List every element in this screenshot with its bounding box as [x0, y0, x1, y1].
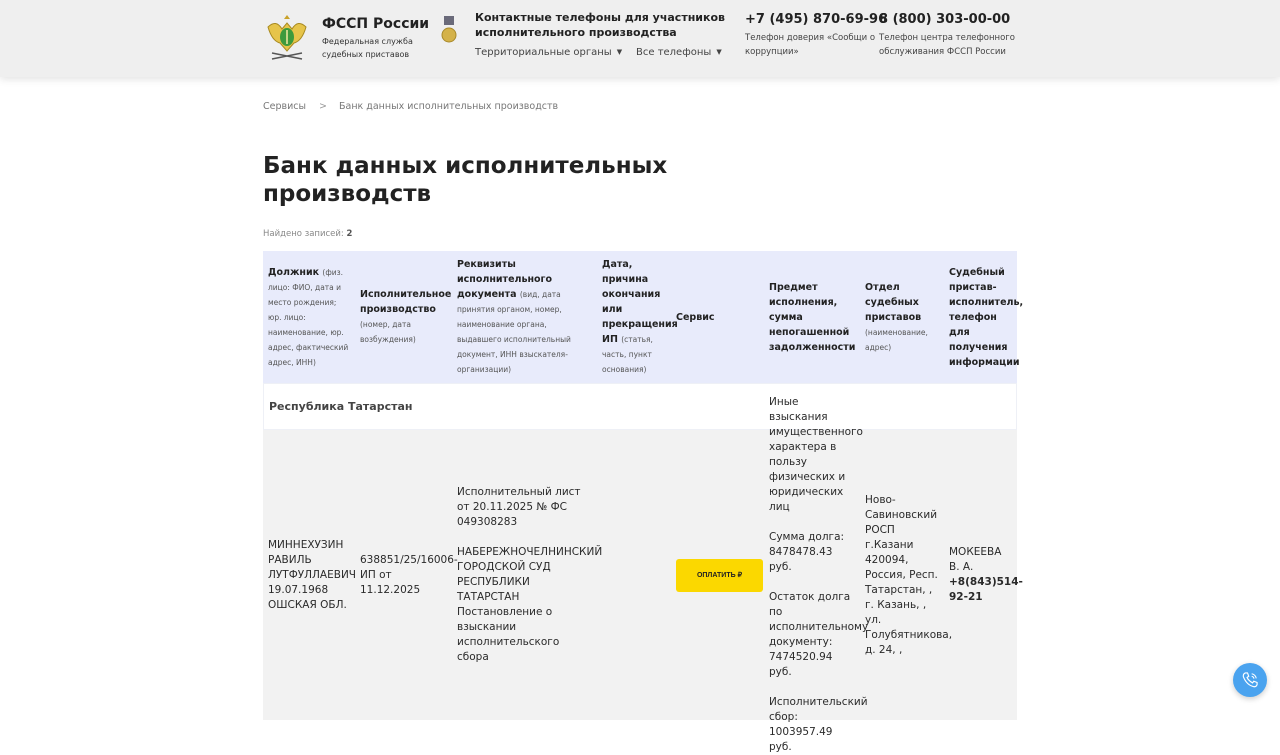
- breadcrumb: Сервисы>Банк данных исполнительных произ…: [263, 101, 558, 112]
- call-button[interactable]: [1233, 663, 1267, 697]
- breadcrumb-services[interactable]: Сервисы: [263, 101, 306, 112]
- trust-phone-caption: Телефон доверия «Сообщи о коррупции»: [745, 31, 895, 59]
- site-header: ФССП России Федеральная служба судебных …: [0, 0, 1280, 77]
- breadcrumb-current: Банк данных исполнительных производств: [339, 101, 558, 112]
- column-note: (номер, дата возбуждения): [360, 320, 416, 344]
- document-details: Исполнительный лист от 20.11.2025 № ФС 0…: [457, 485, 592, 530]
- records-found: Найдено записей: 2: [263, 229, 352, 239]
- column-title: Должник: [268, 267, 319, 278]
- cell-document: Исполнительный лист от 20.11.2025 № ФС 0…: [452, 485, 597, 665]
- cell-bailiff: МОКЕЕВА В. А. +8(843)514-92-21: [944, 545, 1017, 605]
- subject-type: Иные взыскания имущественного характера …: [769, 395, 855, 515]
- nav-all-phones[interactable]: Все телефоны▼: [636, 47, 722, 58]
- column-proceeding: Исполнительное производство (номер, дата…: [355, 287, 452, 347]
- nav-label: Все телефоны: [636, 47, 711, 58]
- column-service: Сервис: [671, 310, 764, 325]
- cell-subject: Иные взыскания имущественного характера …: [764, 395, 860, 710]
- cell-proceeding: 638851/25/16006-ИП от 11.12.2025: [355, 553, 452, 598]
- service-center-phone-caption: Телефон центра телефонного обслуживания …: [879, 31, 1029, 59]
- results-table: Должник (физ. лицо: ФИО, дата и место ро…: [263, 251, 1017, 710]
- column-debtor: Должник (физ. лицо: ФИО, дата и место ро…: [263, 265, 355, 370]
- bailiff-phone[interactable]: +8(843)514-92-21: [949, 575, 1012, 605]
- phone-call-icon: [1240, 670, 1260, 690]
- column-end-reason: Дата, причина окончания или прекращения …: [597, 257, 671, 377]
- page-title: Банк данных исполнительных производств: [263, 152, 683, 208]
- nav-territorial-bodies[interactable]: Территориальные органы▼: [475, 47, 622, 58]
- breadcrumb-separator: >: [319, 101, 327, 112]
- cell-department: Ново-Савиновский РОСП г.Казани 420094, Р…: [860, 493, 944, 658]
- medal-icon: [441, 16, 457, 44]
- enforcement-fee: Исполнительский сбор: 1003957.49 руб.: [769, 695, 855, 710]
- trust-phone-number[interactable]: +7 (495) 870-69-96: [745, 12, 887, 27]
- debt-remainder: Остаток долга по исполнительному докумен…: [769, 590, 855, 680]
- bailiff-name: МОКЕЕВА В. А.: [949, 545, 1012, 575]
- column-note: (наименование, адрес): [865, 328, 928, 352]
- column-title: Сервис: [676, 312, 715, 323]
- brand-title[interactable]: ФССП России: [322, 16, 429, 32]
- records-found-label: Найдено записей:: [263, 229, 344, 239]
- column-title: Судебный пристав-исполнитель, телефон дл…: [949, 267, 1023, 368]
- pay-button[interactable]: ОПЛАТИТЬ ₽: [676, 559, 763, 592]
- debt-amount: Сумма долга: 8478478.43 руб.: [769, 530, 855, 575]
- service-center-phone-number[interactable]: 8 (800) 303-00-00: [879, 12, 1010, 27]
- column-title: Исполнительное производство: [360, 289, 451, 315]
- table-row: МИННЕХУЗИН РАВИЛЬ ЛУТФУЛЛАЕВИЧ 19.07.196…: [263, 430, 1017, 710]
- column-note: (физ. лицо: ФИО, дата и место рождения; …: [268, 268, 348, 367]
- column-title: Предмет исполнения, сумма непогашенной з…: [769, 282, 855, 353]
- column-title: Дата, причина окончания или прекращения …: [602, 259, 678, 345]
- caret-down-icon: ▼: [617, 48, 622, 56]
- fssp-emblem-logo[interactable]: [264, 13, 310, 63]
- brand-subtitle: Федеральная служба судебных приставов: [322, 35, 432, 61]
- region-group-row: Республика Татарстан: [263, 383, 1017, 430]
- cell-debtor: МИННЕХУЗИН РАВИЛЬ ЛУТФУЛЛАЕВИЧ 19.07.196…: [263, 538, 355, 613]
- column-department: Отдел судебных приставов (наименование, …: [860, 280, 944, 355]
- nav-label: Территориальные органы: [475, 47, 612, 58]
- table-header: Должник (физ. лицо: ФИО, дата и место ро…: [263, 251, 1017, 383]
- contacts-title: Контактные телефоны для участников испол…: [475, 10, 735, 40]
- column-title: Отдел судебных приставов: [865, 282, 921, 323]
- column-note: (вид, дата принятия органом, номер, наим…: [457, 290, 571, 374]
- document-issuer: НАБЕРЕЖНОЧЕЛНИНСКИЙ ГОРОДСКОЙ СУД РЕСПУБ…: [457, 545, 592, 665]
- records-found-count: 2: [347, 229, 353, 239]
- column-document: Реквизиты исполнительного документа (вид…: [452, 257, 597, 377]
- column-subject: Предмет исполнения, сумма непогашенной з…: [764, 280, 860, 355]
- column-bailiff: Судебный пристав-исполнитель, телефон дл…: [944, 265, 1017, 370]
- caret-down-icon: ▼: [716, 48, 721, 56]
- cell-service: ОПЛАТИТЬ ₽: [671, 559, 764, 592]
